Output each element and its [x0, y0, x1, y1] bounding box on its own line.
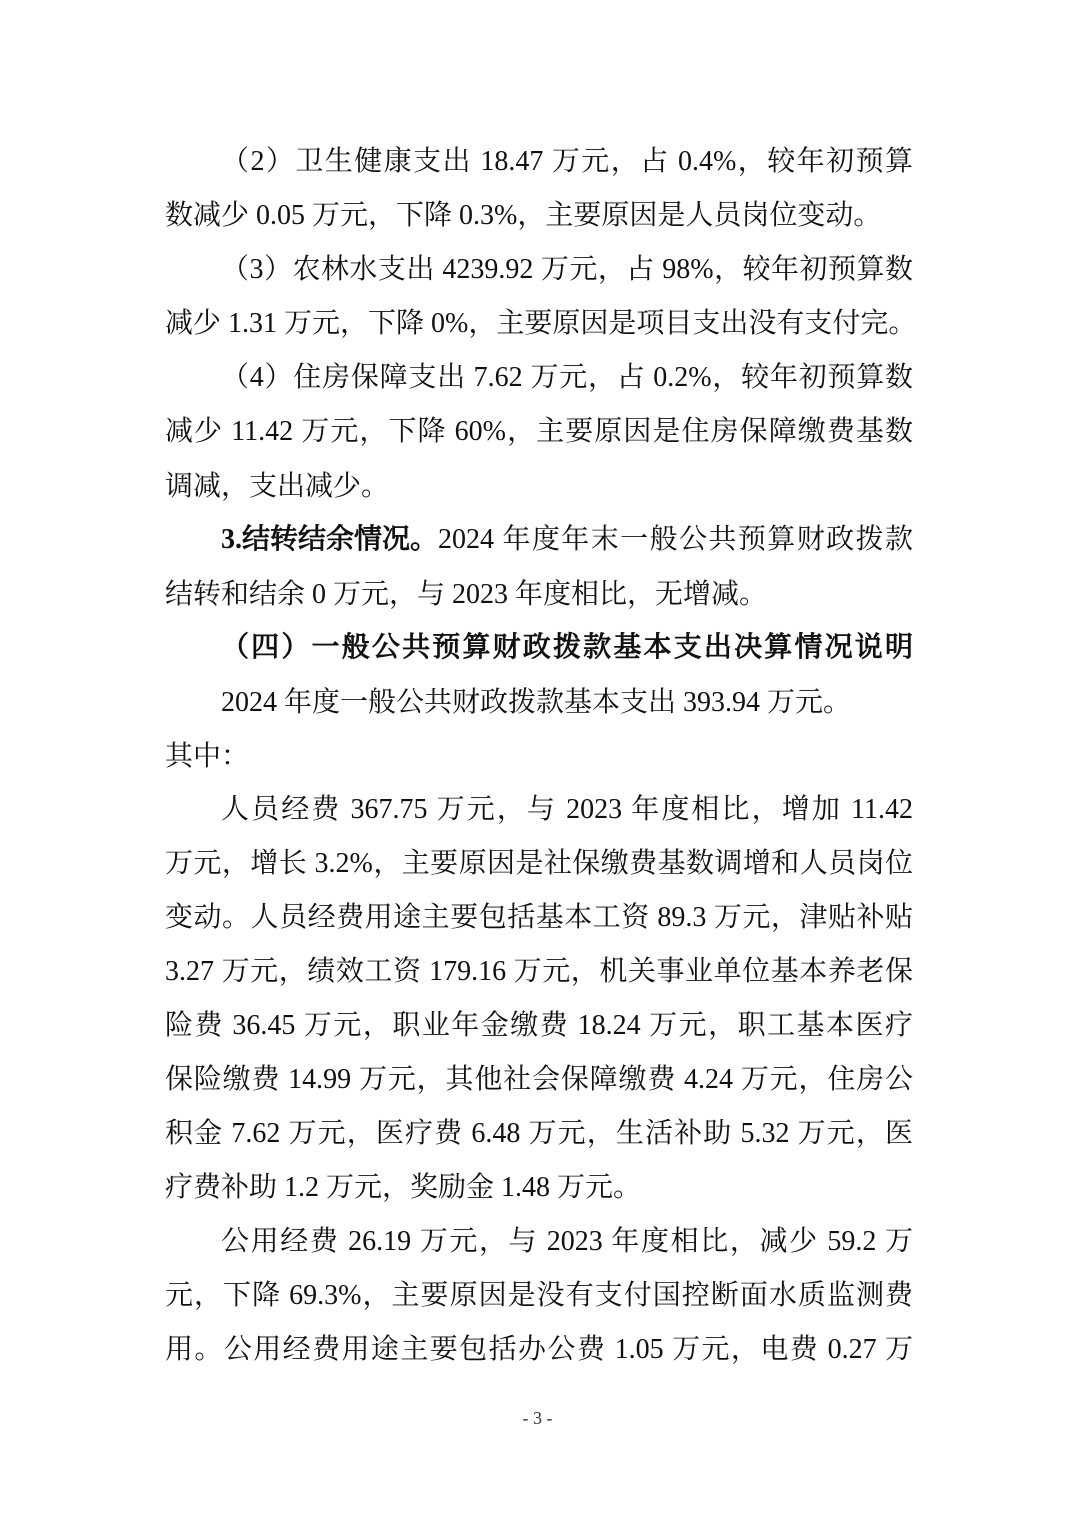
paragraph-line: 调减，支出减少。	[165, 467, 913, 507]
paragraph-line: （4）住房保障支出 7.62 万元，占 0.2%，较年初预算数	[221, 358, 913, 398]
paragraph-line: 减少 1.31 万元，下降 0%，主要原因是项目支出没有支付完。	[165, 304, 913, 344]
paragraph-line: 公用经费 26.19 万元，与 2023 年度相比，减少 59.2 万	[221, 1222, 913, 1262]
paragraph-line: 2024 年度一般公共财政拨款基本支出 393.94 万元。	[221, 683, 913, 723]
carryover-bold-lead: 3.结转结余情况。	[221, 520, 438, 560]
paragraph-line: 万元，增长 3.2%，主要原因是社保缴费基数调增和人员岗位	[165, 844, 913, 884]
paragraph-line: 数减少 0.05 万元，下降 0.3%，主要原因是人员岗位变动。	[165, 196, 913, 236]
paragraph-line: 保险缴费 14.99 万元，其他社会保障缴费 4.24 万元，住房公	[165, 1060, 913, 1100]
paragraph-line: 人员经费 367.75 万元，与 2023 年度相比，增加 11.42	[221, 790, 913, 830]
paragraph-text: 2024 年度年末一般公共预算财政拨款	[438, 520, 913, 560]
paragraph-line: 3.27 万元，绩效工资 179.16 万元，机关事业单位基本养老保	[165, 952, 913, 992]
paragraph-line: 险费 36.45 万元，职业年金缴费 18.24 万元，职工基本医疗	[165, 1006, 913, 1046]
paragraph-line: 减少 11.42 万元，下降 60%，主要原因是住房保障缴费基数	[165, 412, 913, 452]
carryover-line: 3.结转结余情况。 2024 年度年末一般公共预算财政拨款	[221, 520, 913, 560]
paragraph-line: 疗费补助 1.2 万元，奖励金 1.48 万元。	[165, 1168, 913, 1208]
paragraph-line: 结转和结余 0 万元，与 2023 年度相比，无增减。	[165, 575, 913, 615]
paragraph-line: （2）卫生健康支出 18.47 万元，占 0.4%，较年初预算	[221, 142, 913, 182]
document-page: （2）卫生健康支出 18.47 万元，占 0.4%，较年初预算 数减少 0.05…	[0, 0, 1075, 1520]
section-heading: （四）一般公共预算财政拨款基本支出决算情况说明	[221, 628, 913, 668]
paragraph-line: 积金 7.62 万元，医疗费 6.48 万元，生活补助 5.32 万元，医	[165, 1114, 913, 1154]
paragraph-line: （3）农林水支出 4239.92 万元，占 98%，较年初预算数	[221, 250, 913, 290]
paragraph-line: 用。公用经费用途主要包括办公费 1.05 万元，电费 0.27 万	[165, 1330, 913, 1370]
page-number: - 3 -	[0, 1406, 1075, 1430]
paragraph-line: 元，下降 69.3%，主要原因是没有支付国控断面水质监测费	[165, 1276, 913, 1316]
paragraph-line: 其中：	[165, 737, 913, 777]
paragraph-line: 变动。人员经费用途主要包括基本工资 89.3 万元，津贴补贴	[165, 898, 913, 938]
